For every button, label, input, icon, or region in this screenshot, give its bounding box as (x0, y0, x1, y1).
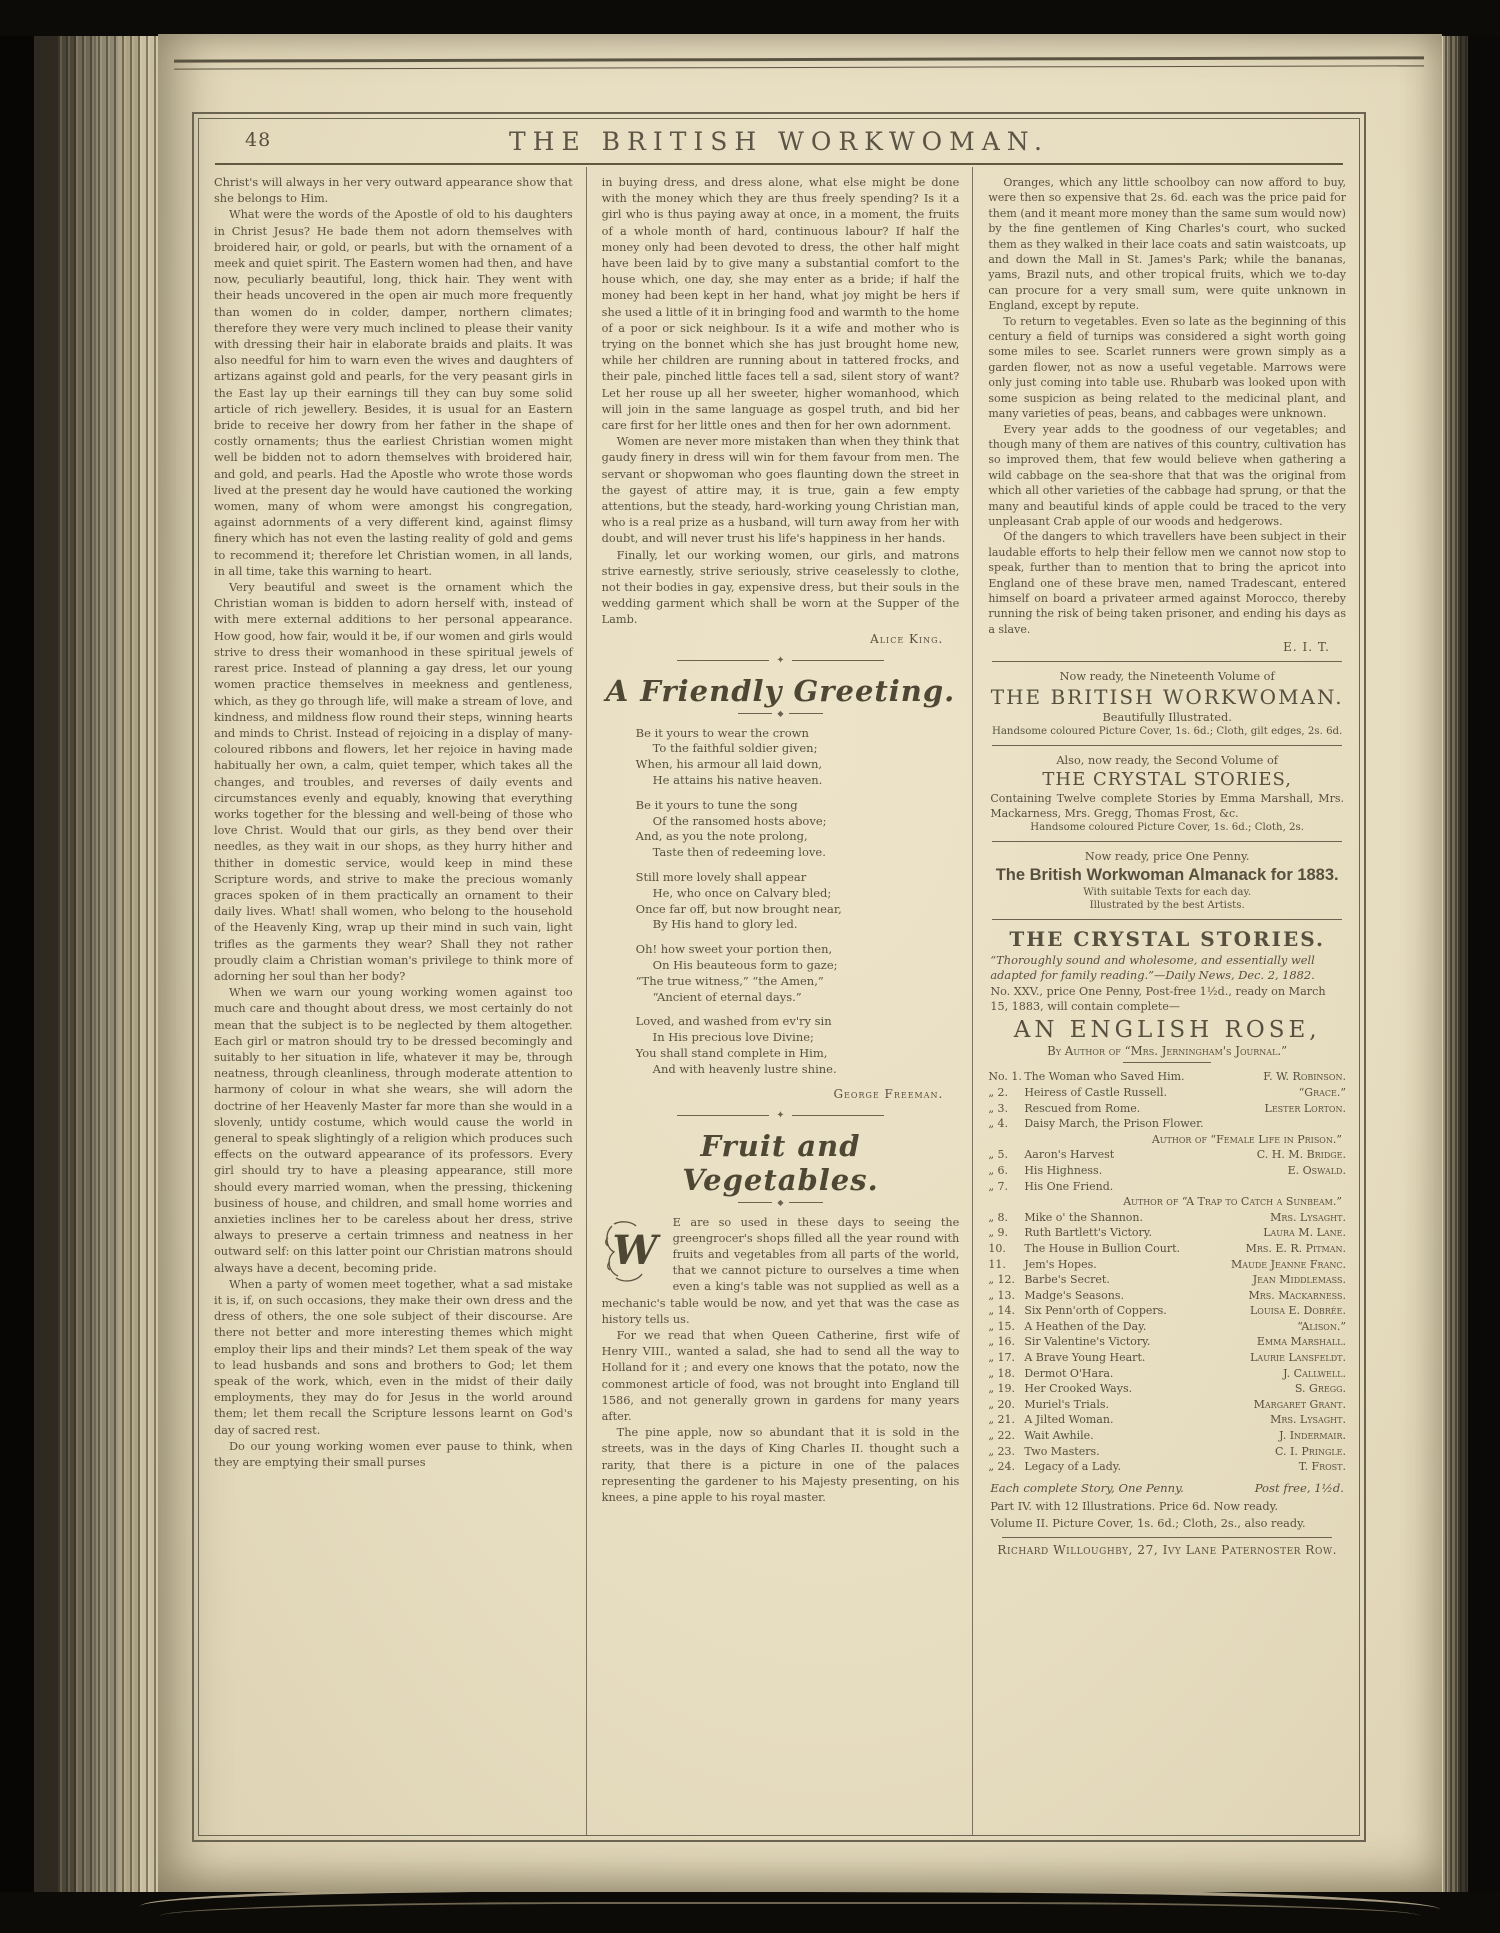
paragraph: The pine apple, now so abundant that it … (602, 1425, 960, 1506)
story-author: Mrs. Lysaght. (1119, 1412, 1346, 1428)
story-list-row: „ 14.Six Penn'orth of Coppers.Louisa E. … (988, 1303, 1346, 1319)
paragraph: Finally, let our working women, our girl… (602, 548, 960, 629)
story-author: C. I. Pringle. (1106, 1444, 1346, 1460)
story-author: Jean Middlemass. (1116, 1272, 1346, 1288)
ornament-dot-icon: ◆ (777, 1199, 783, 1207)
story-price-line: Each complete Story, One Penny. Post fre… (990, 1481, 1344, 1495)
poem-stanza: Loved, and washed from ev'ry sinIn His p… (636, 1014, 960, 1077)
fruit-article-title: Fruit and Vegetables. (602, 1129, 960, 1197)
fruit-article-right-continuation: Oranges, which any little schoolboy can … (988, 175, 1346, 637)
poem-line: You shall stand complete in Him, (636, 1046, 960, 1062)
advert-line: Also, now ready, the Second Volume of (988, 753, 1346, 768)
story-list-row: „ 15.A Heathen of the Day.“Alison.” (988, 1319, 1346, 1335)
story-author: J. Callwell. (1119, 1366, 1346, 1382)
poem-line: Still more lovely shall appear (636, 870, 960, 886)
story-author: Louisa E. Dobrée. (1173, 1303, 1346, 1319)
short-rule (1123, 1062, 1211, 1063)
story-title: His Highness. (1024, 1163, 1102, 1179)
paragraph: For we read that when Queen Catherine, f… (602, 1328, 960, 1425)
story-title: Six Penn'orth of Coppers. (1024, 1303, 1166, 1319)
byline-george-freeman: George Freeman. (602, 1087, 960, 1101)
story-list-row: „ 13.Madge's Seasons.Mrs. Mackarness. (988, 1288, 1346, 1304)
story-title: The House in Bullion Court. (1024, 1241, 1180, 1257)
story-number: „ 6. (988, 1163, 1024, 1179)
story-number: „ 20. (988, 1397, 1024, 1413)
story-list-row: „ 12.Barbe's Secret.Jean Middlemass. (988, 1272, 1346, 1288)
story-title: Aaron's Harvest (1024, 1147, 1114, 1163)
paragraph: Very beautiful and sweet is the ornament… (214, 580, 573, 985)
story-title: A Brave Young Heart. (1024, 1350, 1145, 1366)
story-author-second-line: Author of “A Trap to Catch a Sunbeam.” (988, 1194, 1346, 1210)
advert-rule (992, 919, 1342, 920)
story-number: „ 23. (988, 1444, 1024, 1460)
advert-line: Containing Twelve complete Stories by Em… (988, 792, 1346, 821)
page-stack-lines (58, 0, 160, 1933)
advert-almanack: Now ready, price One Penny. The British … (988, 849, 1346, 912)
story-title: Rescued from Rome. (1024, 1101, 1140, 1117)
story-title: Mike o' the Shannon. (1024, 1210, 1143, 1226)
poem-line: Oh! how sweet your portion then, (636, 942, 960, 958)
poem-line: When, his armour all laid down, (636, 757, 960, 773)
story-list-row: No. 1.The Woman who Saved Him.F. W. Robi… (988, 1069, 1346, 1085)
story-title: His One Friend. (1024, 1179, 1113, 1195)
story-list-row: „ 8.Mike o' the Shannon.Mrs. Lysaght. (988, 1210, 1346, 1226)
page-header: 48 THE BRITISH WORKWOMAN. (199, 119, 1359, 163)
story-list-row: „ 18.Dermot O'Hara.J. Callwell. (988, 1366, 1346, 1382)
poem-line: “Ancient of eternal days.” (653, 990, 960, 1006)
story-author: S. Gregg. (1138, 1381, 1346, 1397)
decorated-initial-w: W (602, 1218, 666, 1284)
paragraph: Every year adds to the goodness of our v… (988, 422, 1346, 530)
price-right: Post free, 1½d. (1255, 1481, 1344, 1495)
part-availability-line: Part IV. with 12 Illustrations. Price 6d… (990, 1499, 1344, 1514)
featured-story-author: By Author of “Mrs. Jerningham's Journal.… (988, 1044, 1346, 1058)
story-title: Muriel's Trials. (1024, 1397, 1109, 1413)
poem-stanza: Be it yours to wear the crownTo the fait… (636, 726, 960, 789)
section-divider: ✦ (602, 656, 960, 666)
paragraph: Oranges, which any little schoolboy can … (988, 175, 1346, 314)
story-title: The Woman who Saved Him. (1024, 1069, 1184, 1085)
poem-line: He, who once on Calvary bled; (653, 886, 960, 902)
story-title: Dermot O'Hara. (1024, 1366, 1113, 1382)
story-number: „ 22. (988, 1428, 1024, 1444)
price-left: Each complete Story, One Penny. (990, 1481, 1183, 1495)
story-title: Wait Awhile. (1024, 1428, 1093, 1444)
paragraph: Christ's will always in her very outward… (214, 175, 573, 207)
story-list-row: „ 7.His One Friend. (988, 1179, 1346, 1195)
friendly-greeting-poem: Be it yours to wear the crownTo the fait… (636, 726, 960, 1078)
byline-alice-king: Alice King. (602, 632, 960, 646)
paragraph: Do our young working women ever pause to… (214, 1439, 573, 1471)
story-number: „ 15. (988, 1319, 1024, 1335)
story-list-row: „ 23.Two Masters.C. I. Pringle. (988, 1444, 1346, 1460)
ornament-dot-icon: ◆ (777, 710, 783, 718)
story-number: „ 24. (988, 1459, 1024, 1475)
scan-background-top (0, 0, 1500, 36)
column-middle: in buying dress, and dress alone, what e… (586, 167, 973, 1835)
story-list-row: „ 21.A Jilted Woman.Mrs. Lysaght. (988, 1412, 1346, 1428)
story-list-row: 11.Jem's Hopes.Maude Jeanne Franc. (988, 1257, 1346, 1273)
poem-line: And, as you the note prolong, (636, 829, 960, 845)
story-title: Sir Valentine's Victory. (1024, 1334, 1150, 1350)
story-list-row: „ 24.Legacy of a Lady.T. Frost. (988, 1459, 1346, 1475)
story-number: „ 2. (988, 1085, 1024, 1101)
story-author (1119, 1179, 1346, 1195)
story-number: „ 19. (988, 1381, 1024, 1397)
advert-crystal-volume-two: Also, now ready, the Second Volume of TH… (988, 753, 1346, 834)
story-author: E. Oswald. (1108, 1163, 1346, 1179)
advert-title: THE CRYSTAL STORIES. (988, 927, 1346, 951)
poem-line: Taste then of redeeming love. (653, 845, 960, 861)
page-stack-lines (1440, 0, 1468, 1933)
volume-availability-line: Volume II. Picture Cover, 1s. 6d.; Cloth… (990, 1516, 1344, 1531)
story-number: „ 17. (988, 1350, 1024, 1366)
advert-review-quote: “Thoroughly sound and wholesome, and ess… (990, 953, 1344, 983)
story-title: Daisy March, the Prison Flower. (1024, 1116, 1203, 1132)
greeting-article-title: A Friendly Greeting. (602, 674, 960, 708)
poem-line: In His precious love Divine; (653, 1030, 960, 1046)
column-left: Christ's will always in her very outward… (199, 167, 586, 1835)
story-list-row: „ 19.Her Crooked Ways.S. Gregg. (988, 1381, 1346, 1397)
story-list-row: „ 4.Daisy March, the Prison Flower. (988, 1116, 1346, 1132)
advert-price-line: Handsome coloured Picture Cover, 1s. 6d.… (988, 821, 1346, 834)
title-underline-ornament: ◆ (602, 1199, 960, 1207)
dress-article-continuation: in buying dress, and dress alone, what e… (602, 175, 960, 629)
story-list-row: „ 3.Rescued from Rome.Lester Lorton. (988, 1101, 1346, 1117)
advert-line: Now ready, price One Penny. (988, 849, 1346, 864)
story-number: 10. (988, 1241, 1024, 1257)
page-border-frame-inner: 48 THE BRITISH WORKWOMAN. Christ's will … (198, 118, 1360, 1836)
story-title: Two Masters. (1024, 1444, 1099, 1460)
advert-line: With suitable Texts for each day. (988, 886, 1346, 899)
story-author: Mrs. E. R. Pitman. (1186, 1241, 1346, 1257)
story-list: No. 1.The Woman who Saved Him.F. W. Robi… (988, 1069, 1346, 1474)
story-author: T. Frost. (1127, 1459, 1346, 1475)
advert-title: THE BRITISH WORKWOMAN. (988, 685, 1346, 709)
advert-title: The British Workwoman Almanack for 1883. (988, 865, 1346, 885)
story-author: “Alison.” (1152, 1319, 1346, 1335)
story-title: Madge's Seasons. (1024, 1288, 1124, 1304)
advert-line: Illustrated by the best Artists. (988, 899, 1346, 912)
header-rule (215, 163, 1343, 165)
paragraph: When we warn our young working women aga… (214, 985, 573, 1277)
svg-text:W: W (612, 1227, 661, 1274)
poem-line: By His hand to glory led. (653, 917, 960, 933)
story-number: „ 13. (988, 1288, 1024, 1304)
poem-line: He attains his native heaven. (653, 773, 960, 789)
story-list-row: „ 17.A Brave Young Heart.Laurie Lansfeld… (988, 1350, 1346, 1366)
advert-issue-line: No. XXV., price One Penny, Post-free 1½d… (990, 985, 1344, 1015)
story-title: A Heathen of the Day. (1024, 1319, 1146, 1335)
book-spine-page-stack (0, 0, 160, 1933)
section-divider: ✦ (602, 1111, 960, 1121)
ornament-diamond-icon: ✦ (776, 1111, 784, 1121)
story-number: „ 12. (988, 1272, 1024, 1288)
story-author: Laura M. Lane. (1158, 1225, 1346, 1241)
story-title: Barbe's Secret. (1024, 1272, 1110, 1288)
story-title: A Jilted Woman. (1024, 1412, 1113, 1428)
column-area: Christ's will always in her very outward… (199, 167, 1359, 1835)
story-author: Mrs. Mackarness. (1130, 1288, 1346, 1304)
advert-crystal-stories: THE CRYSTAL STORIES. “Thoroughly sound a… (988, 927, 1346, 1063)
story-list-row: „ 22.Wait Awhile.J. Indermair. (988, 1428, 1346, 1444)
story-list-row: „ 9.Ruth Bartlett's Victory.Laura M. Lan… (988, 1225, 1346, 1241)
poem-stanza: Be it yours to tune the songOf the ranso… (636, 798, 960, 861)
poem-line: Be it yours to wear the crown (636, 726, 960, 742)
story-number: „ 14. (988, 1303, 1024, 1319)
story-number: „ 3. (988, 1101, 1024, 1117)
story-list-row: „ 6.His Highness.E. Oswald. (988, 1163, 1346, 1179)
fruit-article-body: For we read that when Queen Catherine, f… (602, 1328, 960, 1506)
story-author: “Grace.” (1173, 1085, 1346, 1101)
story-author: F. W. Robinson. (1191, 1069, 1346, 1085)
poem-line: “The true witness,” “the Amen,” (636, 974, 960, 990)
top-page-rule (174, 56, 1424, 69)
poem-stanza: Oh! how sweet your portion then,On His b… (636, 942, 960, 1005)
story-list-row: „ 5.Aaron's HarvestC. H. M. Bridge. (988, 1147, 1346, 1163)
story-number: „ 5. (988, 1147, 1024, 1163)
story-number: 11. (988, 1257, 1024, 1273)
story-list-row: „ 20.Muriel's Trials.Margaret Grant. (988, 1397, 1346, 1413)
story-number: No. 1. (988, 1069, 1024, 1085)
story-author: Emma Marshall. (1156, 1334, 1346, 1350)
byline-eit: E. I. T. (988, 640, 1346, 654)
advert-volume-nineteen: Now ready, the Nineteenth Volume of THE … (988, 669, 1346, 738)
story-author: C. H. M. Bridge. (1120, 1147, 1346, 1163)
lower-page-edge-curve (160, 1902, 1420, 1930)
story-number: „ 4. (988, 1116, 1024, 1132)
story-number: „ 18. (988, 1366, 1024, 1382)
story-title: Jem's Hopes. (1024, 1257, 1096, 1273)
title-underline-ornament: ◆ (602, 710, 960, 718)
paragraph: To return to vegetables. Even so late as… (988, 314, 1346, 422)
advert-rule (992, 661, 1342, 662)
paragraph: Of the dangers to which travellers have … (988, 529, 1346, 637)
paragraph: What were the words of the Apostle of ol… (214, 207, 573, 580)
paragraph: When a party of women meet together, wha… (214, 1277, 573, 1439)
magazine-page: 48 THE BRITISH WORKWOMAN. Christ's will … (158, 34, 1442, 1892)
story-author: Lester Lorton. (1146, 1101, 1346, 1117)
advert-rule (992, 745, 1342, 746)
story-list-row: „ 2.Heiress of Castle Russell.“Grace.” (988, 1085, 1346, 1101)
poem-line: To the faithful soldier given; (653, 741, 960, 757)
story-title: Legacy of a Lady. (1024, 1459, 1121, 1475)
story-author (1210, 1116, 1346, 1132)
advert-line: Now ready, the Nineteenth Volume of (988, 669, 1346, 684)
advert-title: THE CRYSTAL STORIES, (988, 769, 1346, 791)
fruit-article-lead: W E are so used in these days to seeing … (602, 1215, 960, 1328)
story-title: Heiress of Castle Russell. (1024, 1085, 1167, 1101)
poem-line: Loved, and washed from ev'ry sin (636, 1014, 960, 1030)
story-number: „ 21. (988, 1412, 1024, 1428)
story-number: „ 8. (988, 1210, 1024, 1226)
paragraph: in buying dress, and dress alone, what e… (602, 175, 960, 434)
advert-line: Beautifully Illustrated. (988, 710, 1346, 725)
story-author: Margaret Grant. (1115, 1397, 1346, 1413)
poem-line: On His beauteous form to gaze; (653, 958, 960, 974)
story-author-second-line: Author of “Female Life in Prison.” (988, 1132, 1346, 1148)
poem-line: Of the ransomed hosts above; (653, 814, 960, 830)
featured-story-title: AN ENGLISH ROSE, (988, 1017, 1346, 1043)
poem-line: And with heavenly lustre shine. (653, 1062, 960, 1078)
advert-price-line: Handsome coloured Picture Cover, 1s. 6d.… (988, 725, 1346, 738)
story-title: Her Crooked Ways. (1024, 1381, 1132, 1397)
imprint-rule (1002, 1537, 1332, 1538)
story-author: J. Indermair. (1100, 1428, 1346, 1444)
masthead-title: THE BRITISH WORKWOMAN. (199, 127, 1359, 156)
story-number: „ 7. (988, 1179, 1024, 1195)
column-right: Oranges, which any little schoolboy can … (972, 167, 1359, 1835)
poem-line: Be it yours to tune the song (636, 798, 960, 814)
paragraph: Women are never more mistaken than when … (602, 434, 960, 547)
story-list-row: 10.The House in Bullion Court.Mrs. E. R.… (988, 1241, 1346, 1257)
poem-stanza: Still more lovely shall appearHe, who on… (636, 870, 960, 933)
page-border-frame: 48 THE BRITISH WORKWOMAN. Christ's will … (192, 112, 1366, 1842)
poem-line: Once far off, but now brought near, (636, 902, 960, 918)
story-author: Mrs. Lysaght. (1149, 1210, 1346, 1226)
story-number: „ 9. (988, 1225, 1024, 1241)
advert-rule (992, 841, 1342, 842)
publisher-imprint: Richard Willoughby, 27, Ivy Lane Paterno… (988, 1543, 1346, 1557)
story-title: Ruth Bartlett's Victory. (1024, 1225, 1152, 1241)
story-author: Maude Jeanne Franc. (1103, 1257, 1346, 1273)
story-list-row: „ 16.Sir Valentine's Victory.Emma Marsha… (988, 1334, 1346, 1350)
ornament-diamond-icon: ✦ (776, 656, 784, 666)
fore-edge-page-stack (1440, 0, 1500, 1933)
story-author: Laurie Lansfeldt. (1151, 1350, 1346, 1366)
story-number: „ 16. (988, 1334, 1024, 1350)
